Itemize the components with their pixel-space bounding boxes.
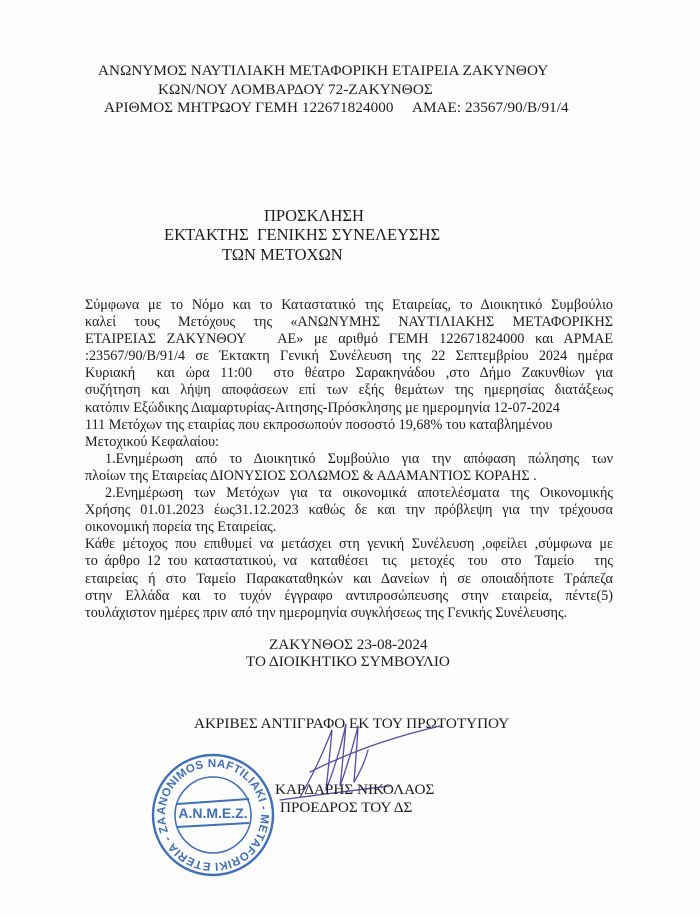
body-line: Κυριακή και ώρα 11:00 στο θέατρο Σαρακην… — [85, 365, 613, 382]
agenda-item-2: 2.Ενημέρωση των Μετόχων για τα οικονομικ… — [85, 485, 613, 502]
agenda-item-2-cont: οικονομική πορεία της Εταιρείας. — [85, 519, 613, 536]
place-date: ΖΑΚΥΝΘΟΣ 23-08-2024 — [269, 636, 428, 654]
company-registry: ΑΡΙΘΜΟΣ ΜΗΤΡΩΟΥ ΓΕΜΗ 122671824000 ΑΜΑΕ: … — [104, 99, 569, 117]
body-line: ΕΤΑΙΡΕΙΑΣ ΖΑΚΥΝΘΟΥ ΑΕ» με αριθμό ΓΕΜΗ 12… — [85, 331, 613, 348]
company-name: ΑΝΩΝΥΜΟΣ ΝΑΥΤΙΛΙΑΚΗ ΜΕΤΑΦΟΡΙΚΗ ΕΤΑΙΡΕΙΑ … — [98, 62, 548, 80]
body-line: κατόπιν Εξώδικης Διαμαρτυρίας-Αιτησης-Πρ… — [85, 400, 613, 417]
company-stamp-icon: ANONIMOS NAFTILIAKI - METAFORIKI ETERIA … — [150, 752, 276, 878]
closing-line: τουλάχιστον ημέρες πριν από την ημερομην… — [85, 605, 613, 622]
closing-line: Κάθε μέτοχος που επιθυμεί να μετάσχει στ… — [85, 536, 613, 553]
body-line: συζήτηση και λήψη αποφάσεων επί των εξής… — [85, 382, 613, 399]
body-line: :23567/90/Β/91/4 σε Έκτακτη Γενική Συνέλ… — [85, 348, 613, 365]
closing-line: το άρθρο 12 του καταστατικού, να καταθέσ… — [85, 553, 613, 570]
company-address: ΚΩΝ/ΝΟΥ ΛΟΜΒΑΡΔΟΥ 72-ΖΑΚΥΝΘΟΣ — [158, 81, 433, 99]
board-signature-label: ΤΟ ΔΙΟΙΚΗΤΙΚΟ ΣΥΜΒΟΥΛΙΟ — [246, 653, 450, 671]
signatory-name: ΚΑΡΔΑΡΗΣ ΝΙΚΟΛΑΟΣ — [275, 781, 434, 799]
signatory-title: ΠΡΟΕΔΡΟΣ ΤΟΥ ΔΣ — [280, 799, 412, 817]
closing-line: στην Ελλάδα και το τυχόν έγγραφο αντιπρο… — [85, 588, 613, 605]
body-line: καλεί τους Μετόχους της «ΑΝΩΝΥΜΗΣ ΝΑΥΤΙΛ… — [85, 314, 613, 331]
stamp-center-text: A.N.M.E.Z. — [178, 805, 247, 821]
invitation-body: Σύμφωνα με το Νόμο και το Καταστατικό τη… — [85, 297, 613, 622]
title-shareholders: ΤΩΝ ΜΕΤΟΧΩΝ — [222, 245, 343, 265]
body-line: 111 Μετόχων της εταιρίας που εκπροσωπούν… — [85, 417, 613, 434]
agenda-item-1-cont: πλοίων της Εταιρείας ΔΙΟΝΥΣΙΟΣ ΣΟΛΩΜΟΣ &… — [85, 468, 613, 485]
title-invitation: ΠΡΟΣΚΛΗΣΗ — [264, 206, 364, 226]
agenda-item-1: 1.Ενημέρωση από το Διοικητικό Συμβούλιο … — [85, 451, 613, 468]
closing-line: εταιρείας ή στο Ταμείο Παρακαταθηκών και… — [85, 571, 613, 588]
body-line: Σύμφωνα με το Νόμο και το Καταστατικό τη… — [85, 297, 613, 314]
title-meeting: ΕΚΤΑΚΤΗΣ ΓΕΝΙΚΗΣ ΣΥΝΕΛΕΥΣΗΣ — [164, 225, 440, 245]
body-line: Μετοχικού Κεφαλαίου: — [85, 434, 613, 451]
agenda-item-2-cont: Χρήσης 01.01.2023 έως31.12.2023 καθώς δε… — [85, 502, 613, 519]
